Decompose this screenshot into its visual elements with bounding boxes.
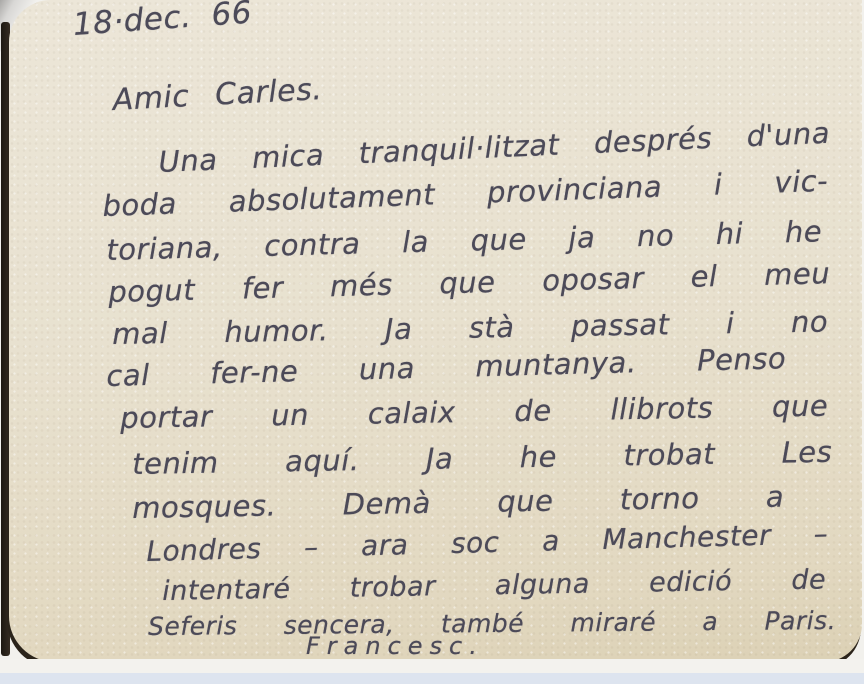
- scan-bottom-band: [0, 673, 864, 684]
- letter-body-line: Londres – ara soc a Manchester –: [146, 520, 828, 566]
- letter-body-line: mosques. Demà que torno a: [132, 483, 784, 523]
- letter-body-line: tenim aquí. Ja he trobat Les: [132, 438, 832, 479]
- scan-bottom-strip: [0, 659, 864, 673]
- scanned-handwritten-letter: 18·dec. 66 Amic Carles. Una mica tranqui…: [0, 0, 864, 684]
- letter-body-line: portar un calaix de llibrots que: [120, 392, 828, 433]
- letter-signature: Francesc.: [306, 634, 484, 658]
- letter-body-line: pogut fer més que oposar el meu: [108, 259, 831, 307]
- letter-body-line: intentaré trobar alguna edició de: [162, 566, 826, 605]
- letter-date: 18·dec. 66: [72, 0, 253, 41]
- letter-body-line: Seferis sencera, també miraré a Paris.: [148, 608, 836, 639]
- letter-body-line: toriana, contra la que ja no hi he: [106, 217, 823, 265]
- postcard-paper: 18·dec. 66 Amic Carles. Una mica tranqui…: [9, 0, 862, 662]
- letter-salutation: Amic Carles.: [112, 75, 323, 116]
- letter-body-line: cal fer-ne una muntanya. Penso: [106, 344, 787, 391]
